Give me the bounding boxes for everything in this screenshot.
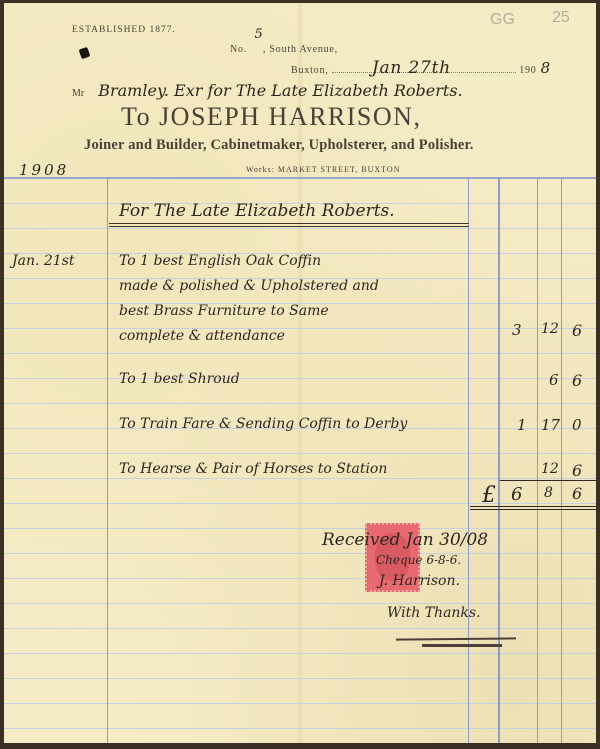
signature-flourish-2 xyxy=(422,644,502,647)
row-1-line-2: made & polished & Upholstered and xyxy=(119,274,379,299)
ledger-row-1-description: To 1 best English Oak Coffin made & poli… xyxy=(119,249,379,349)
town: Buxton, xyxy=(291,65,329,76)
established-text: ESTABLISHED 1877. xyxy=(72,25,176,35)
row-1-line-4: complete & attendance xyxy=(119,324,379,349)
receipt-thanks: With Thanks. xyxy=(387,605,481,621)
ink-blot xyxy=(79,47,91,59)
customer-prefix: Mr xyxy=(72,88,84,99)
works-address: Works: MARKET STREET, BUXTON xyxy=(246,165,400,174)
ledger-row-3-description: To Train Fare & Sending Coffin to Derby xyxy=(119,416,407,432)
total-rule-bottom-2 xyxy=(470,509,596,510)
entry-date: Jan. 21st xyxy=(12,253,75,269)
row-3-pounds: 1 xyxy=(517,416,527,434)
invoice-paper: GG 25 ESTABLISHED 1877. No. 5 , South Av… xyxy=(4,3,596,743)
archive-mark-2: 25 xyxy=(552,9,570,27)
heading-underline-2 xyxy=(109,226,469,227)
row-2-pence: 6 xyxy=(572,371,582,390)
address-number-label: No. xyxy=(230,44,247,55)
address-street: , South Avenue, xyxy=(263,44,338,55)
ledger-heading: For The Late Elizabeth Roberts. xyxy=(119,201,395,221)
heading-underline xyxy=(109,223,469,224)
total-pence: 6 xyxy=(572,484,582,503)
row-3-pence: 0 xyxy=(572,416,582,434)
merchant-title: To JOSEPH HARRISON, xyxy=(121,102,421,132)
row-4-pence: 6 xyxy=(572,461,582,480)
invoice-date: Jan 27th xyxy=(372,58,451,78)
customer-line: Mr Bramley. Exr for The Late Elizabeth R… xyxy=(72,81,552,101)
customer-name: Bramley. Exr for The Late Elizabeth Robe… xyxy=(98,81,462,100)
receipt-received: Received Jan 30/08 xyxy=(322,530,488,550)
receipt-signature: J. Harrison. xyxy=(379,573,460,589)
ledger-row-4-description: To Hearse & Pair of Horses to Station xyxy=(119,461,387,477)
receipt-cheque: Cheque 6-8-6. xyxy=(376,553,461,567)
total-rule-top xyxy=(500,480,596,481)
total-rule-bottom xyxy=(470,506,596,507)
row-1-line-1: To 1 best English Oak Coffin xyxy=(119,249,379,274)
row-2-shillings: 6 xyxy=(549,371,559,389)
ledger-year: 1908 xyxy=(19,161,69,179)
merchant-trades: Joiner and Builder, Cabinetmaker, Uphols… xyxy=(84,137,474,154)
town-date-line: Buxton, Jan 27th 1908 xyxy=(291,59,551,77)
total-shillings: 8 xyxy=(544,485,553,501)
address-number-handwritten: 5 xyxy=(254,27,263,42)
row-4-shillings: 12 xyxy=(541,461,559,477)
archive-mark-1: GG xyxy=(490,11,515,29)
year-handwritten: 8 xyxy=(541,59,551,77)
total-currency: £ xyxy=(482,483,496,508)
row-3-shillings: 17 xyxy=(541,416,560,434)
row-1-line-3: best Brass Furniture to Same xyxy=(119,299,379,324)
ledger-row-2-description: To 1 best Shroud xyxy=(119,371,240,387)
total-pounds: 6 xyxy=(511,484,522,505)
address-line: No. 5 , South Avenue, xyxy=(230,41,338,56)
row-1-pounds: 3 xyxy=(512,321,522,339)
year-printed: 190 xyxy=(519,65,536,76)
row-1-shillings: 12 xyxy=(541,321,559,337)
row-1-pence: 6 xyxy=(572,321,582,340)
